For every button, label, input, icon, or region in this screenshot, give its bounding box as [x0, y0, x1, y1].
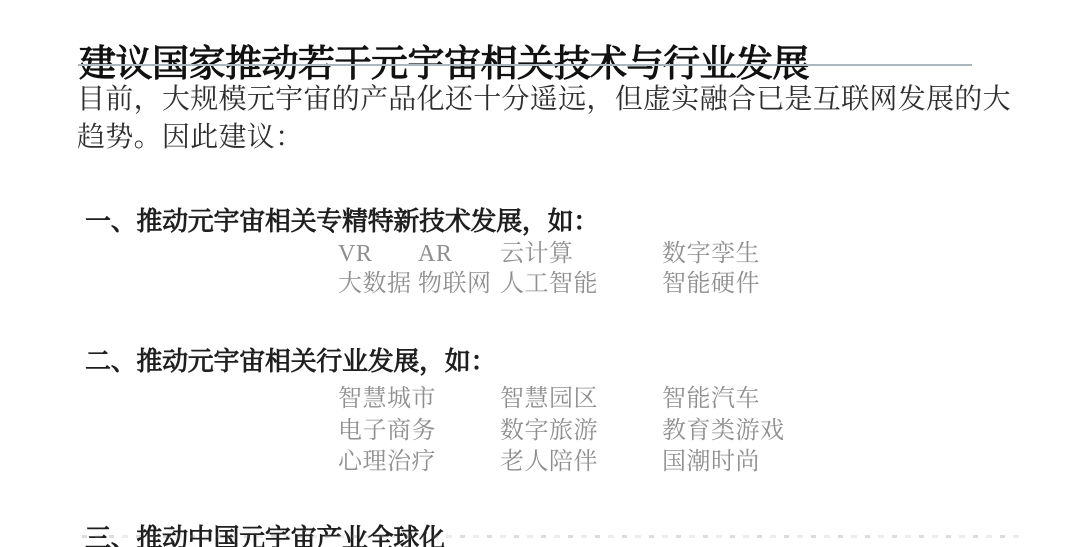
industry-item: 老人陪伴: [500, 447, 662, 479]
industry-items-row: 智慧城市 智慧园区 智能汽车: [338, 384, 785, 416]
tech-item: 数字孪生: [662, 239, 760, 269]
industry-item: 智慧城市: [338, 384, 500, 416]
intro-line: 趋势。因此建议：: [77, 119, 1011, 157]
industry-item: 心理治疗: [338, 447, 500, 479]
industry-item: 智能汽车: [662, 384, 760, 416]
industry-item: 教育类游戏: [662, 416, 785, 448]
tech-items-row: 大数据 物联网 人工智能 智能硬件: [338, 269, 760, 299]
tech-item: AR: [418, 239, 500, 269]
tech-items-row: VR AR 云计算 数字孪生: [338, 239, 760, 269]
intro-line: 目前，大规模元宇宙的产品化还十分遥远，但虚实融合已是互联网发展的大: [77, 81, 1011, 119]
industry-items-grid: 智慧城市 智慧园区 智能汽车 电子商务 数字旅游 教育类游戏 心理治疗 老人陪伴…: [338, 384, 785, 479]
title-underline: [78, 64, 972, 66]
tech-item: 云计算: [500, 239, 662, 269]
tech-item: 智能硬件: [662, 269, 760, 299]
industry-items-row: 心理治疗 老人陪伴 国潮时尚: [338, 447, 785, 479]
tech-item: 人工智能: [500, 269, 662, 299]
tech-item: VR: [338, 239, 418, 269]
section-heading-tech: 一、推动元宇宙相关专精特新技术发展，如：: [85, 206, 599, 238]
industry-item: 国潮时尚: [662, 447, 760, 479]
industry-item: 数字旅游: [500, 416, 662, 448]
industry-item: 智慧园区: [500, 384, 662, 416]
intro-paragraph: 目前，大规模元宇宙的产品化还十分遥远，但虚实融合已是互联网发展的大 趋势。因此建…: [77, 81, 1011, 157]
tech-item: 物联网: [418, 269, 500, 299]
slide: 建议国家推动若干元宇宙相关技术与行业发展 目前，大规模元宇宙的产品化还十分遥远，…: [0, 0, 1080, 547]
tech-item: 大数据: [338, 269, 418, 299]
section-heading-industry: 二、推动元宇宙相关行业发展，如：: [85, 346, 496, 378]
cropped-next-line-hint: [82, 535, 1020, 538]
tech-items-grid: VR AR 云计算 数字孪生 大数据 物联网 人工智能 智能硬件: [338, 239, 760, 299]
industry-items-row: 电子商务 数字旅游 教育类游戏: [338, 416, 785, 448]
industry-item: 电子商务: [338, 416, 500, 448]
